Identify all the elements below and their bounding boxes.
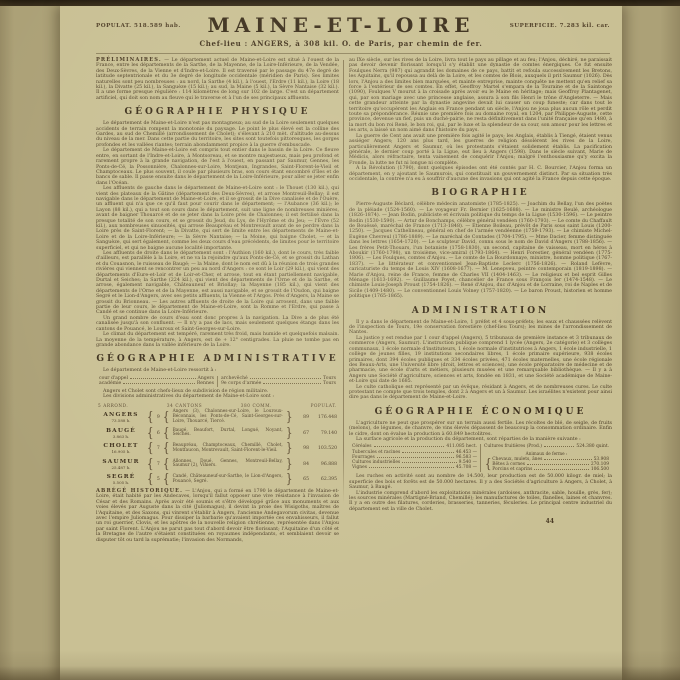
commune-count: 98: [293, 446, 309, 451]
arrond-hab: 3.863 h.: [96, 434, 146, 439]
farm-animals-rows: Chevaux, mulets, ânes53.908 Bêtes à corn…: [492, 457, 609, 473]
crop-label: Vignes: [352, 465, 367, 470]
dotted-leader: [130, 378, 196, 379]
jurisdiction-row: 9e corps d'arméeTours: [221, 381, 336, 387]
body-paragraph: au IXe siècle, sur les rives de la Loire…: [349, 58, 612, 134]
col-header-populat: POPULAT.: [311, 403, 337, 408]
jurisdiction-row: académieRennes: [99, 381, 214, 387]
arrond-name-cell: SEGRÉ5.505 h.: [96, 474, 146, 485]
jurisdiction-label: 9e corps d'armée: [221, 381, 261, 387]
arrond-population: 176.448: [309, 415, 339, 420]
brace-glyph: }: [286, 411, 293, 424]
body-paragraph: À la Révolution (1790), dont quelques ép…: [349, 166, 612, 182]
brace-glyph: }: [286, 473, 293, 486]
body-paragraph: Les affluents de droite dans le départem…: [96, 251, 339, 316]
jurisdiction-value: Tours: [323, 381, 336, 387]
table-row: Cultures fruitières (Prod.)524.380 quint…: [484, 444, 609, 449]
dotted-leader: [534, 469, 588, 470]
preliminaires-paragraph: PRÉLIMINAIRES. — Le département actuel d…: [96, 58, 339, 101]
column-divider: [343, 60, 344, 503]
table-row: Vignes45.708 —: [352, 465, 477, 470]
body-paragraph: L'industrie comprend d'abord les exploit…: [349, 491, 612, 513]
commune-count: 65: [293, 477, 309, 482]
canton-count: 7: [154, 462, 162, 467]
arrond-name-cell: BAUGÉ3.863 h.: [96, 428, 146, 439]
section-heading-administration: ADMINISTRATION: [349, 306, 612, 316]
commune-count: 84: [293, 462, 309, 467]
canton-count: 9: [154, 415, 162, 420]
agriculture-production-column: Cultures fruitières (Prod.)524.380 quint…: [481, 444, 612, 472]
arrond-name-cell: ANGERS73.588 h.: [96, 412, 146, 423]
scan-bottom-shadow: [0, 666, 680, 680]
arrondissements-table-header: 5 ARROND. 34 CANTONS 380 COMM. POPULAT.: [96, 403, 339, 408]
right-column: au IXe siècle, sur les rives de la Loire…: [347, 58, 612, 525]
table-row: Porcins et caprins106.500: [492, 467, 609, 472]
document-page: POPULAT. 518.589 hab. MAINE-ET-LOIRE SUP…: [60, 6, 622, 680]
canton-count: 5: [154, 477, 162, 482]
section-heading-geographie-administrative: GÉOGRAPHIE ADMINISTRATIVE: [96, 354, 339, 364]
brace-glyph: {: [163, 458, 170, 471]
arrond-name: ANGERS: [96, 412, 146, 418]
canton-count: 7: [154, 446, 162, 451]
canton-list: Beaupréau, Champtoceaux, Chemillé, Chole…: [171, 444, 285, 454]
body-paragraph: Il y a dans le département de Maine-et-L…: [349, 320, 612, 336]
arrond-name-cell: SAUMUR25.487 h.: [96, 459, 146, 470]
table-row: BAUGÉ3.863 h. { 6 { Baugé, Beaufort, Dur…: [96, 427, 339, 440]
header-rule: [96, 53, 610, 54]
divisions-note: Les divisions administratives du départe…: [96, 394, 339, 399]
geo-admin-intro: Le département de Maine-et-Loire ressort…: [96, 368, 339, 373]
dotted-leader: [123, 383, 195, 384]
jurisdiction-right: archevêchéTours 9e corps d'arméeTours: [218, 376, 339, 387]
dotted-leader: [527, 464, 589, 465]
table-row: ANGERS73.588 h. { 9 { Angers (3), Chalon…: [96, 410, 339, 425]
section-heading-geographie-physique: GÉOGRAPHIE PHYSIQUE: [96, 107, 339, 117]
brace-glyph: {: [163, 411, 170, 424]
brace-glyph: {: [163, 427, 170, 440]
abrege-historique-paragraph: ABRÉGÉ HISTORIQUE. — L'Anjou, qui a form…: [96, 489, 339, 543]
farm-animals-label: Animaux de ferme :: [484, 451, 609, 456]
arrond-name-cell: CHOLET16.905 h.: [96, 443, 146, 454]
brace-glyph: {: [147, 458, 154, 471]
crop-value: 524.380 quint.: [576, 444, 609, 449]
arrond-hab: 16.905 h.: [96, 449, 146, 454]
dotted-leader: [374, 446, 445, 447]
page-columns: PRÉLIMINAIRES. — Le département actuel d…: [60, 58, 622, 543]
page-number: 44: [349, 518, 612, 525]
body-paragraph: L'agriculture ne peut que prospérer sur …: [349, 421, 612, 437]
col-header-arrond: 5 ARROND.: [98, 403, 128, 408]
farm-animals-group: { Chevaux, mulets, ânes53.908 Bêtes à co…: [484, 457, 609, 473]
table-row: SEGRÉ5.505 h. { 5 { Candé, Châteauneuf-s…: [96, 473, 339, 486]
left-column: PRÉLIMINAIRES. — Le département actuel d…: [96, 58, 339, 543]
agriculture-surface-column: Céréales411.085 hect. Tubercules et raci…: [349, 444, 480, 472]
body-paragraph: Le département de Maine-et-Loire n'est p…: [96, 121, 339, 148]
dotted-leader: [250, 378, 321, 379]
brace-glyph: {: [163, 442, 170, 455]
agriculture-table: Céréales411.085 hect. Tubercules et raci…: [349, 444, 612, 472]
dotted-leader: [402, 452, 454, 453]
population-stat: POPULAT. 518.589 hab.: [96, 23, 181, 29]
dotted-leader: [263, 383, 321, 384]
table-row: SAUMUR25.487 h. { 7 { Allonnes, Doué, Ge…: [96, 458, 339, 471]
biographie-paragraph: Pierre-Auguste Béclard, célèbre médecin …: [349, 202, 612, 299]
arrond-population: 79.140: [309, 431, 339, 436]
canton-count: 6: [154, 431, 162, 436]
brace-glyph: }: [286, 427, 293, 440]
body-paragraph: Le climat du département est tempéré, ra…: [96, 332, 339, 348]
brace-glyph: {: [147, 442, 154, 455]
canton-list: Allonnes, Doué, Gennes, Montreuil-Bellay…: [171, 460, 285, 470]
body-paragraph: La surface agricole et la production du …: [349, 437, 612, 442]
page-header: POPULAT. 518.589 hab. MAINE-ET-LOIRE SUP…: [60, 12, 622, 38]
arrondissements-table: 5 ARROND. 34 CANTONS 380 COMM. POPULAT. …: [96, 403, 339, 487]
section-heading-geographie-economique: GÉOGRAPHIE ÉCONOMIQUE: [349, 407, 612, 417]
superficie-stat: SUPERFICIE. 7.283 kil. car.: [510, 23, 610, 29]
canton-list: Angers (3), Chalonnes-sur-Loire, le Lour…: [171, 410, 285, 425]
arrond-population: 96.888: [309, 462, 339, 467]
animal-value: 106.500: [591, 467, 609, 472]
jurisdiction-left: cour d'appelAngers académieRennes: [96, 376, 217, 387]
abrege-historique-text: — L'Anjou, qui a formé en 1790 le départ…: [96, 489, 339, 543]
brace-glyph: }: [286, 442, 293, 455]
body-paragraph: La justice y est rendue par 1 cour d'app…: [349, 336, 612, 385]
canton-list: Baugé, Beaufort, Durtal, Longué, Noyant,…: [171, 429, 285, 439]
crop-label: Cultures fruitières (Prod.): [484, 444, 542, 449]
dotted-leader: [369, 467, 454, 468]
preliminaires-text: — Le département actuel de Maine-et-Loir…: [96, 58, 339, 101]
jurisdiction-label: académie: [99, 381, 121, 387]
body-paragraph: Les affluents de gauche dans le départem…: [96, 186, 339, 251]
arrond-population: 62.395: [309, 477, 339, 482]
body-paragraph: Le culte catholique est représenté par u…: [349, 385, 612, 401]
arrond-hab: 73.588 h.: [96, 418, 146, 423]
chef-lieu-line: Chef-lieu : ANGERS, à 308 kil. O. de Par…: [60, 39, 622, 48]
body-paragraph: Les ruches en activité sont au nombre de…: [349, 474, 612, 490]
col-header-comm: 380 COMM.: [241, 403, 272, 408]
jurisdiction-value: Rennes: [197, 381, 214, 387]
col-header-cantons: 34 CANTONS: [167, 403, 202, 408]
section-heading-biographie: BIOGRAPHIE: [349, 188, 612, 198]
animal-label: Porcins et caprins: [492, 467, 532, 472]
brace-glyph: {: [147, 473, 154, 486]
table-row: CHOLET16.905 h. { 7 { Beaupréau, Champto…: [96, 442, 339, 455]
dotted-leader: [544, 459, 591, 460]
body-paragraph: Le département de Maine-et-Loire est com…: [96, 148, 339, 186]
dotted-leader: [377, 457, 454, 458]
jurisdiction-table: cour d'appelAngers académieRennes archev…: [96, 376, 339, 387]
brace-glyph: {: [147, 411, 154, 424]
commune-count: 67: [293, 431, 309, 436]
crop-value: 45.708 —: [456, 465, 477, 470]
brace-glyph: {: [147, 427, 154, 440]
arrond-hab: 25.487 h.: [96, 465, 146, 470]
brace-glyph: {: [163, 473, 170, 486]
arrond-population: 103.520: [309, 446, 339, 451]
body-paragraph: Un grand nombre de cours d'eau sont donc…: [96, 316, 339, 332]
canton-list: Candé, Châteauneuf-sur-Sarthe, le Lion-d…: [171, 475, 285, 485]
body-paragraph: La guerre de Cent ans avait une première…: [349, 134, 612, 166]
brace-glyph: {: [485, 458, 492, 471]
dotted-leader: [402, 462, 456, 463]
commune-count: 89: [293, 415, 309, 420]
brace-glyph: }: [286, 458, 293, 471]
scanned-book-photo: POPULAT. 518.589 hab. MAINE-ET-LOIRE SUP…: [0, 0, 680, 680]
arrond-hab: 5.505 h.: [96, 480, 146, 485]
dotted-leader: [544, 446, 574, 447]
